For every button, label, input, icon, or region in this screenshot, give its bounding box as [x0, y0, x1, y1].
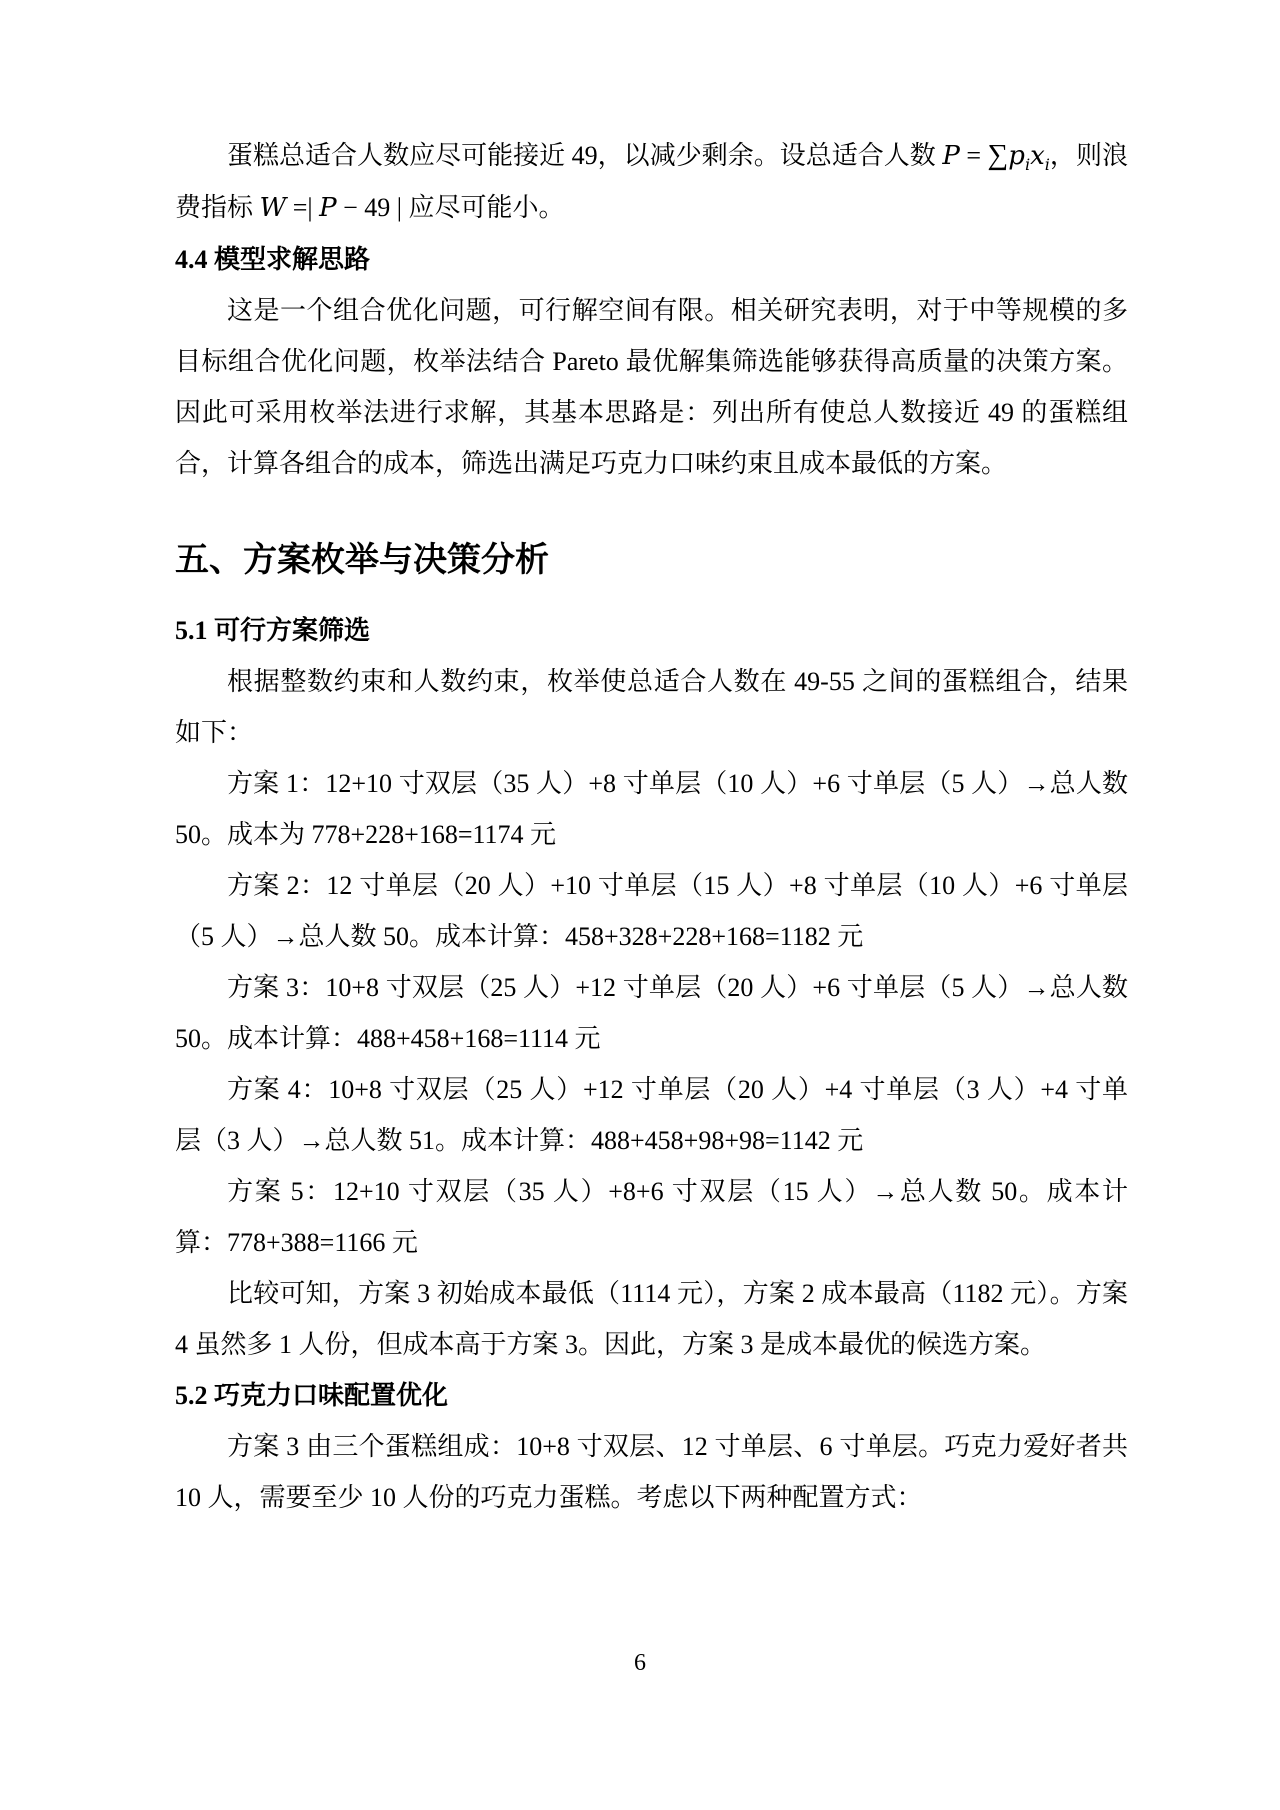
heading-5-1-feasible-plans: 5.1 可行方案筛选 — [175, 605, 1128, 656]
page-number: 6 — [0, 1648, 1280, 1678]
paragraph-plan-3: 方案 3：10+8 寸双层（25 人）+12 寸单层（20 人）+6 寸单层（5… — [175, 962, 1128, 1064]
formula-var-W: W — [260, 193, 287, 223]
paragraph-solving-approach: 这是一个组合优化问题，可行解空间有限。相关研究表明，对于中等规模的多目标组合优化… — [175, 285, 1128, 489]
paragraph-plan-2: 方案 2：12 寸单层（20 人）+10 寸单层（15 人）+8 寸单层（10 … — [175, 860, 1128, 962]
heading-4-4-model-solving: 4.4 模型求解思路 — [175, 234, 1128, 285]
heading-5-2-chocolate-config: 5.2 巧克力口味配置优化 — [175, 1370, 1128, 1421]
objective-tail-text: 应尽可能小。 — [409, 193, 565, 222]
formula-var-p: p — [1008, 141, 1025, 171]
paragraph-plan-1: 方案 1：12+10 寸双层（35 人）+8 寸单层（10 人）+6 寸单层（5… — [175, 758, 1128, 860]
document-page: 蛋糕总适合人数应尽可能接近 49，以减少剩余。设总适合人数 P = ∑pixi，… — [0, 0, 1280, 1810]
paragraph-chocolate-intro: 方案 3 由三个蛋糕组成：10+8 寸双层、12 寸单层、6 寸单层。巧克力爱好… — [175, 1421, 1128, 1523]
paragraph-enumeration-intro: 根据整数约束和人数约束，枚举使总适合人数在 49-55 之间的蛋糕组合，结果如下… — [175, 656, 1128, 758]
document-content: 蛋糕总适合人数应尽可能接近 49，以减少剩余。设总适合人数 P = ∑pixi，… — [175, 130, 1128, 1523]
formula-var-P2: P — [319, 193, 337, 223]
formula-comma: ， — [1050, 141, 1076, 170]
objective-text: 蛋糕总适合人数应尽可能接近 49，以减少剩余。设总适合人数 — [227, 141, 942, 170]
paragraph-plan-5: 方案 5：12+10 寸双层（35 人）+8+6 寸双层（15 人）→总人数 5… — [175, 1166, 1128, 1268]
formula-equals: = — [960, 141, 988, 170]
paragraph-waste-objective: 蛋糕总适合人数应尽可能接近 49，以减少剩余。设总适合人数 P = ∑pixi，… — [175, 130, 1128, 234]
formula-abs-open: =| — [286, 193, 319, 222]
paragraph-plan-4: 方案 4：10+8 寸双层（25 人）+12 寸单层（20 人）+4 寸单层（3… — [175, 1064, 1128, 1166]
formula-var-P: P — [942, 141, 960, 171]
formula-var-x: x — [1030, 141, 1045, 171]
heading-section-5-enumeration: 五、方案枚举与决策分析 — [175, 531, 1128, 591]
formula-sigma-symbol: ∑ — [988, 139, 1009, 171]
paragraph-plan-comparison: 比较可知，方案 3 初始成本最低（1114 元），方案 2 成本最高（1182 … — [175, 1268, 1128, 1370]
formula-abs-close: − 49 | — [337, 193, 409, 222]
